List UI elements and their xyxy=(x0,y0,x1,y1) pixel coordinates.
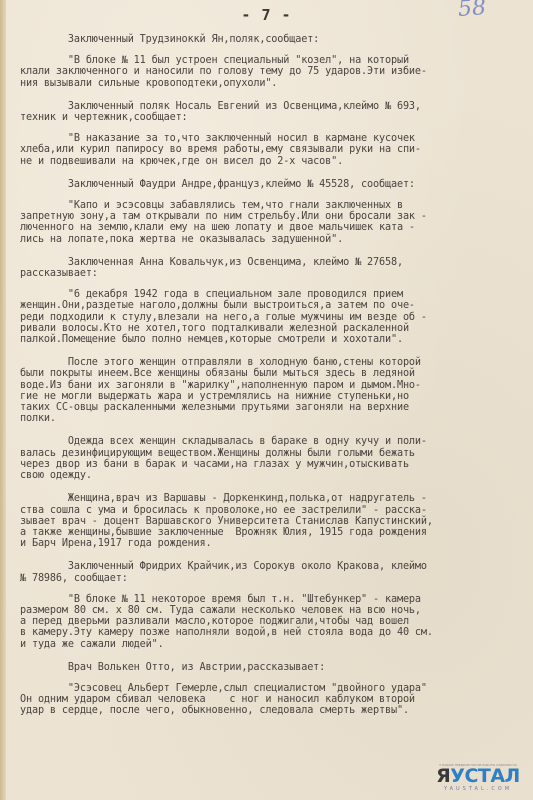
testimony-text-line: "В блоке № 11 был устроен специальный "к… xyxy=(20,55,525,66)
testimony-intro-line: Врач Волькен Отто, из Австрии,рассказыва… xyxy=(20,662,525,673)
testimony-text-line: через двор из бани в барак и часами,на г… xyxy=(20,459,525,470)
testimony-text-line: хлеба,или курил папиросу во время работы… xyxy=(20,144,525,155)
testimony-text-line: Женщина,врач из Варшавы - Доркенкинд,пол… xyxy=(20,493,525,504)
testimony-section: Заключенный Фридрих Крайчик,из Сорокув о… xyxy=(20,549,525,649)
testimony-text-line: женщин.Они,раздетые наголо,должны были в… xyxy=(20,300,525,311)
testimony-text-line: Он одним ударом сбивал человека с ног и … xyxy=(20,694,525,705)
testimony-text-line: клали заключенного и наносили по голову … xyxy=(20,66,525,77)
testimony-intro-line: Заключенный поляк Носаль Евгений из Осве… xyxy=(20,101,525,112)
testimony-text-line: а перед дверьми разливали масло,которое … xyxy=(20,616,525,627)
archive-handwritten-number: 58 xyxy=(457,0,487,22)
testimony-section: Заключенный поляк Носаль Евгений из Осве… xyxy=(20,89,525,167)
page-number: - 7 - xyxy=(0,6,533,24)
testimony-text-line: После этого женщин отправляли в холодную… xyxy=(20,357,525,368)
testimony-intro-line: рассказывает: xyxy=(20,268,525,279)
testimony-text-line: удар в сердце, после чего, обыкновенно, … xyxy=(20,705,525,716)
testimony-text-line: а также женщины,бывшие заключенные Врожн… xyxy=(20,527,525,538)
testimony-intro-line: № 78986, сообщает: xyxy=(20,573,525,584)
section-spacer xyxy=(20,424,525,436)
watermark-brand: ЯУСТАЛ xyxy=(428,767,528,786)
testimony-section: Женщина,врач из Варшавы - Доркенкинд,пол… xyxy=(20,481,525,549)
testimony-section: Заключенная Анна Ковальчук,из Освенцима,… xyxy=(20,245,525,345)
testimony-text-line: валась дезинфицирующим веществом.Женщины… xyxy=(20,448,525,459)
testimony-text-line: и Барч Ирена,1917 года рождения. xyxy=(20,538,525,549)
testimony-section: После этого женщин отправляли в холодную… xyxy=(20,345,525,424)
testimony-text-line: "В блоке № 11 некоторое время был т.н. "… xyxy=(20,594,525,605)
watermark-logo[interactable]: У НАШИХ ПРЕДКОВ ПОСЛЕ РАБОТЫ ОТДОХНИ НА … xyxy=(428,763,528,792)
section-spacer xyxy=(20,167,525,179)
testimony-text-line: гие не могли выдержать жара и устремляли… xyxy=(20,391,525,402)
section-spacer xyxy=(20,89,525,101)
testimony-section: Врач Волькен Отто, из Австрии,рассказыва… xyxy=(20,650,525,717)
watermark-brand-first-letter: Я xyxy=(436,765,450,787)
testimony-text-line: ривали волосы.Кто не хотел,того подталки… xyxy=(20,323,525,334)
testimony-text-line: "Эсэсовец Альберт Гемерле,слыл специалис… xyxy=(20,683,525,694)
testimony-text-line: ния вызывали сильные кровоподтеки,опухол… xyxy=(20,78,525,89)
testimony-text-line: не и подвешивали на крючек,где он висел … xyxy=(20,156,525,167)
section-spacer xyxy=(20,245,525,257)
testimony-text-line: размером 80 см. х 80 см. Туда сажали нес… xyxy=(20,605,525,616)
testimony-text-line: полки. xyxy=(20,413,525,424)
testimony-text-line: свою одежду. xyxy=(20,470,525,481)
testimony-text-line: палкой.Помещение было полно немцев,котор… xyxy=(20,334,525,345)
intro-spacer xyxy=(20,45,525,55)
intro-spacer xyxy=(20,190,525,200)
testimony-text-line: "6 декабря 1942 года в специальном зале … xyxy=(20,289,525,300)
section-spacer xyxy=(20,650,525,662)
testimony-intro-line: Заключенный Фридрих Крайчик,из Сорокув о… xyxy=(20,561,525,572)
testimony-text-line: "В наказание за то,что заключенный носил… xyxy=(20,133,525,144)
testimony-text-line: Одежда всех женщин складывалась в бараке… xyxy=(20,436,525,447)
watermark-brand-rest: УСТАЛ xyxy=(450,765,520,787)
testimony-intro-line: Заключенная Анна Ковальчук,из Освенцима,… xyxy=(20,257,525,268)
intro-spacer xyxy=(20,584,525,594)
section-spacer xyxy=(20,345,525,357)
testimony-text-line: люченного на землю,клали ему на шею лопа… xyxy=(20,222,525,233)
testimony-intro-line: Заключенный Трудзиноккй Ян,поляк,сообщае… xyxy=(20,34,525,45)
testimony-section: Заключенный Трудзиноккй Ян,поляк,сообщае… xyxy=(20,34,525,89)
testimony-text-line: были покрыты инеем.Все женщины обязаны б… xyxy=(20,368,525,379)
testimony-text-line: реди подходили к стулу,влезали на него,а… xyxy=(20,312,525,323)
testimony-intro-line: техник и чертежник,сообщает: xyxy=(20,112,525,123)
testimony-text-line: запретную зону,а там открывали по ним ст… xyxy=(20,211,525,222)
page-binding-edge xyxy=(0,0,6,800)
testimony-text-line: лись на лопате,пока жертва не оказывалас… xyxy=(20,234,525,245)
testimony-section: Заключенный Фаудри Андре,француз,клеймо … xyxy=(20,167,525,245)
typewritten-document-body: Заключенный Трудзиноккй Ян,поляк,сообщае… xyxy=(20,34,525,717)
section-spacer xyxy=(20,481,525,493)
testimony-text-line: таких СС-овцы раскаленными железными пру… xyxy=(20,402,525,413)
testimony-text-line: зывает врач - доцент Варшавского Универс… xyxy=(20,516,525,527)
intro-spacer xyxy=(20,279,525,289)
testimony-text-line: "Капо и эсэсовцы забавлялись тем,что гна… xyxy=(20,200,525,211)
testimony-text-line: в камеру.Эту камеру позже наполняли водо… xyxy=(20,627,525,638)
section-spacer xyxy=(20,549,525,561)
intro-spacer xyxy=(20,673,525,683)
testimony-text-line: и туда же сажали людей". xyxy=(20,639,525,650)
testimony-intro-line: Заключенный Фаудри Андре,француз,клеймо … xyxy=(20,179,525,190)
intro-spacer xyxy=(20,123,525,133)
testimony-section: Одежда всех женщин складывалась в бараке… xyxy=(20,424,525,481)
testimony-text-line: ства сошла с ума и бросилась к проволоке… xyxy=(20,505,525,516)
testimony-text-line: воде.Из бани их загоняли в "жарилку",нап… xyxy=(20,380,525,391)
